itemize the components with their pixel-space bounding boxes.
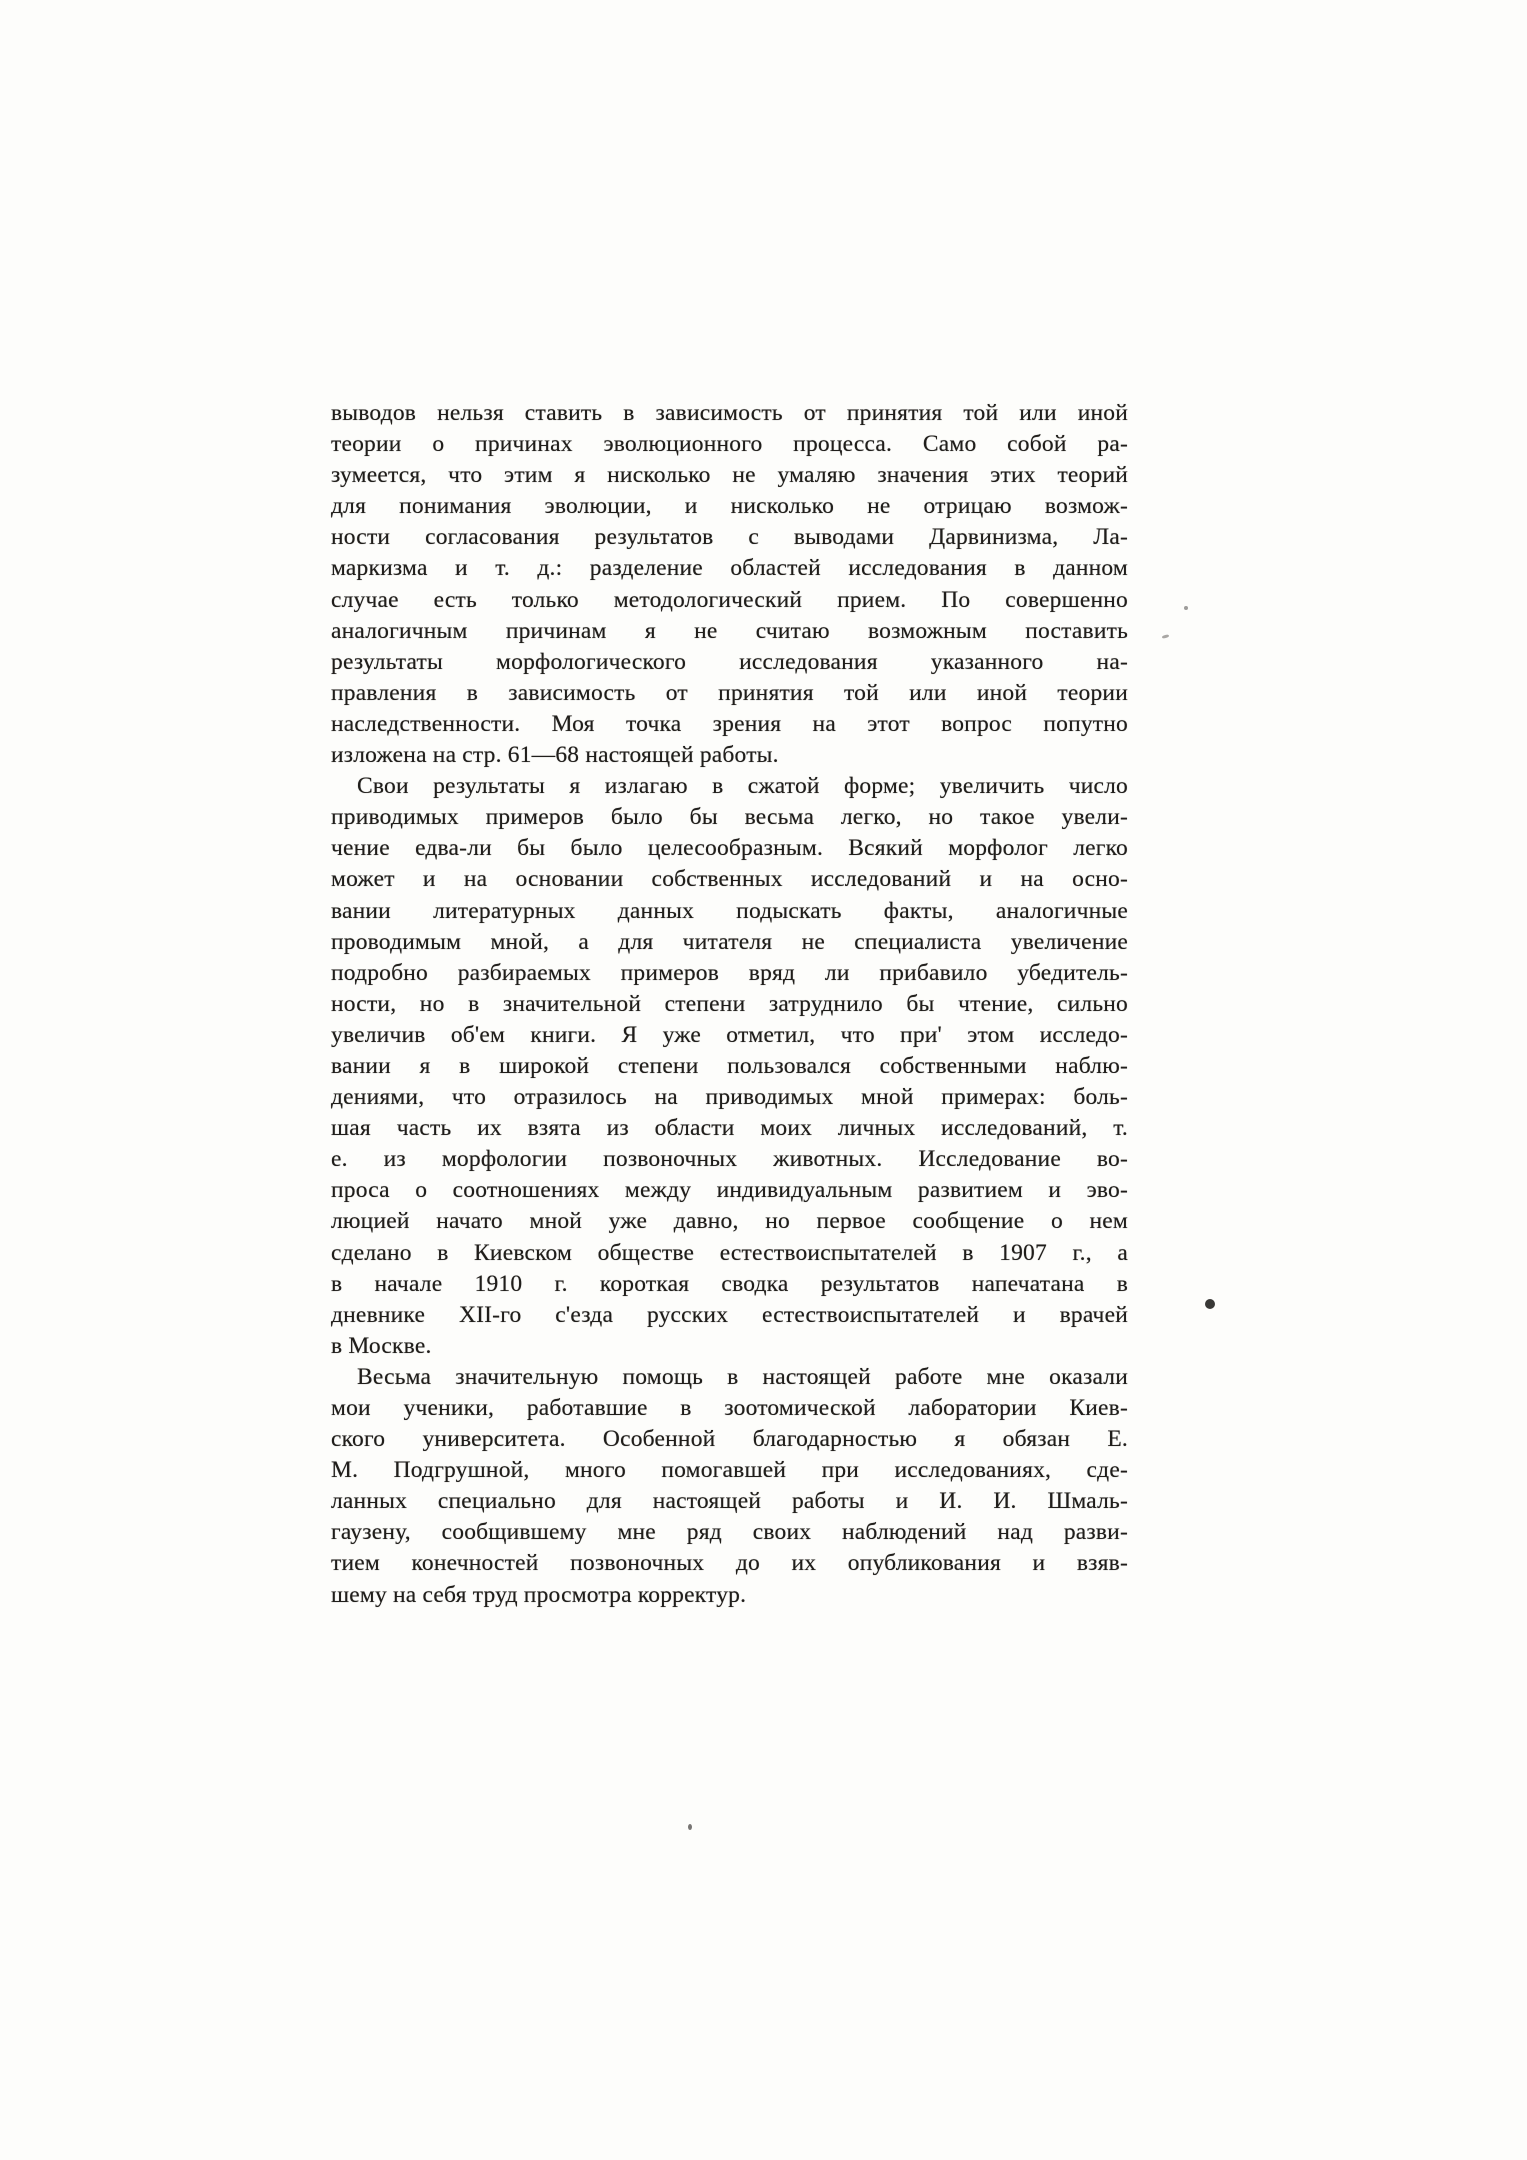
- text-line: люцией начато мной уже давно, но первое …: [331, 1206, 1128, 1237]
- text-line: ности, но в значительной степени затрудн…: [331, 989, 1128, 1020]
- text-line: ского университета. Особенной благодарно…: [331, 1424, 1128, 1455]
- text-line: зумеется, что этим я нисколько не умаляю…: [331, 460, 1128, 491]
- ink-speck: [1205, 1299, 1215, 1309]
- text-line: выводов нельзя ставить в зависимость от …: [331, 398, 1128, 429]
- text-line: вании литературных данных подыскать факт…: [331, 896, 1128, 927]
- text-line: ланных специально для настоящей работы и…: [331, 1486, 1128, 1517]
- text-line: проса о соотношениях между индивидуальны…: [331, 1175, 1128, 1206]
- text-line: дневнике XII-го с'езда русских естествои…: [331, 1300, 1128, 1331]
- text-line: мои ученики, работавшие в зоотомической …: [331, 1393, 1128, 1424]
- text-line: приводимых примеров было бы весьма легко…: [331, 802, 1128, 833]
- ink-speck: [1184, 606, 1188, 610]
- text-line: сделано в Киевском обществе естествоиспы…: [331, 1238, 1128, 1269]
- text-line: наследственности. Моя точка зрения на эт…: [331, 709, 1128, 740]
- scanned-book-page: выводов нельзя ставить в зависимость от …: [0, 0, 1527, 2160]
- text-line: увеличив об'ем книги. Я уже отметил, что…: [331, 1020, 1128, 1051]
- text-line: ности согласования результатов с выводам…: [331, 522, 1128, 553]
- text-line: вании я в широкой степени пользовался со…: [331, 1051, 1128, 1082]
- text-line: аналогичным причинам я не считаю возможн…: [331, 616, 1128, 647]
- text-line: маркизма и т. д.: разделение областей ис…: [331, 553, 1128, 584]
- text-line: шему на себя труд просмотра корректур.: [331, 1580, 1128, 1611]
- text-line: тием конечностей позвоночных до их опубл…: [331, 1548, 1128, 1579]
- text-line: е. из морфологии позвоночных животных. И…: [331, 1144, 1128, 1175]
- text-line: случае есть только методологический прие…: [331, 585, 1128, 616]
- paragraph: Свои результаты я излагаю в сжатой форме…: [331, 771, 1128, 1362]
- text-line: результаты морфологического исследования…: [331, 647, 1128, 678]
- text-line: шая часть их взята из области моих личны…: [331, 1113, 1128, 1144]
- text-line: в Москве.: [331, 1331, 1128, 1362]
- text-line: подробно разбираемых примеров вряд ли пр…: [331, 958, 1128, 989]
- text-line: Свои результаты я излагаю в сжатой форме…: [331, 771, 1128, 802]
- text-line: изложена на стр. 61—68 настоящей работы.: [331, 740, 1128, 771]
- ink-speck: [1162, 634, 1170, 639]
- text-line: теории о причинах эволюционного процесса…: [331, 429, 1128, 460]
- ink-speck: [688, 1824, 692, 1830]
- page-text-block: выводов нельзя ставить в зависимость от …: [331, 398, 1128, 1611]
- paragraph: Весьма значительную помощь в настоящей р…: [331, 1362, 1128, 1611]
- text-line: М. Подгрушной, много помогавшей при иссл…: [331, 1455, 1128, 1486]
- text-line: чение едва-ли бы было целесообразным. Вс…: [331, 833, 1128, 864]
- text-line: проводимым мной, а для читателя не специ…: [331, 927, 1128, 958]
- text-line: в начале 1910 г. короткая сводка результ…: [331, 1269, 1128, 1300]
- paragraph: выводов нельзя ставить в зависимость от …: [331, 398, 1128, 771]
- text-line: может и на основании собственных исследо…: [331, 864, 1128, 895]
- text-line: гаузену, сообщившему мне ряд своих наблю…: [331, 1517, 1128, 1548]
- text-line: дениями, что отразилось на приводимых мн…: [331, 1082, 1128, 1113]
- text-line: для понимания эволюции, и нисколько не о…: [331, 491, 1128, 522]
- text-line: Весьма значительную помощь в настоящей р…: [331, 1362, 1128, 1393]
- text-line: правления в зависимость от принятия той …: [331, 678, 1128, 709]
